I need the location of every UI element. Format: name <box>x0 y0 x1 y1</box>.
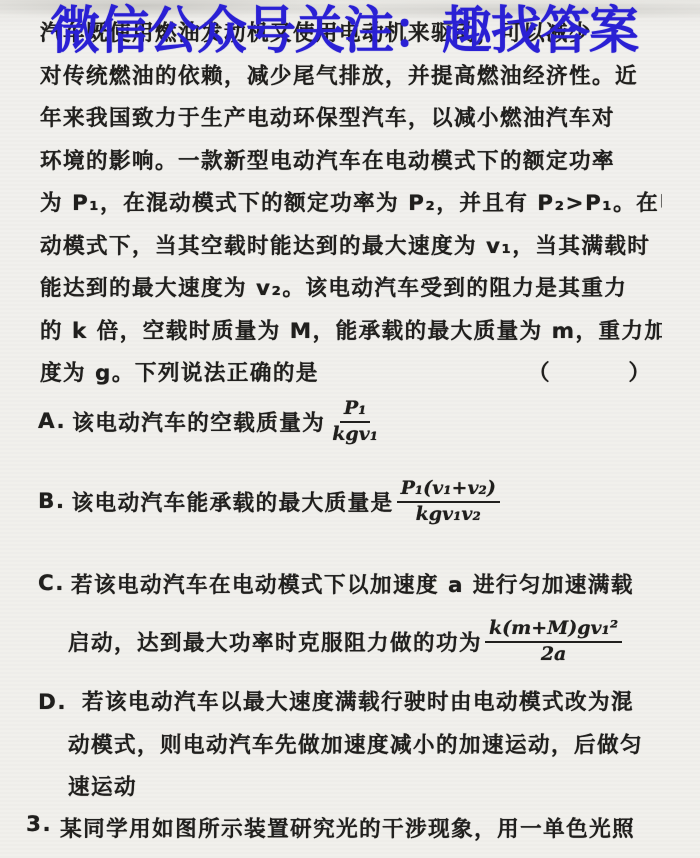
next-question-start: 3. 某同学用如图所示装置研究光的干涉现象，用一单色光照 <box>26 812 635 843</box>
exam-paper-page: 微信公众号关注：趣找答案 汽车既使用燃油发动机又使用电动机来驱动，可以减少 对传… <box>0 0 700 858</box>
paragraph-line: 动模式下，当其空载时能达到的最大速度为 v₁，当其满载时 <box>40 226 662 269</box>
paragraph-line: 为 P₁，在混动模式下的额定功率为 P₂，并且有 P₂>P₁。在电 <box>40 183 662 226</box>
paragraph-line: 度为 g。下列说法正确的是 <box>40 353 319 396</box>
paragraph-line: 年来我国致力于生产电动环保型汽车，以减小燃油汽车对 <box>40 98 662 141</box>
option-d-line2: 动模式，则电动汽车先做加速度减小的加速运动，后做匀 <box>68 725 643 768</box>
paragraph-line-with-brackets: 度为 g。下列说法正确的是 （ ） <box>40 353 662 396</box>
option-d-label: D. <box>38 690 67 715</box>
option-a-label: A. <box>38 409 66 434</box>
question-number: 3. <box>26 812 52 843</box>
paragraph-line: 的 k 倍，空载时质量为 M，能承载的最大质量为 m，重力加速 <box>40 311 662 354</box>
option-c-fraction: k(m+M)gv₁² 2a <box>485 618 622 666</box>
option-b: B. 该电动汽车能承载的最大质量是 P₁(v₁+v₂) kgv₁v₂ <box>38 478 500 526</box>
option-b-fraction: P₁(v₁+v₂) kgv₁v₂ <box>397 478 500 526</box>
option-c-line2: 启动，达到最大功率时克服阻力做的功为 <box>68 626 482 657</box>
option-c: C. 若该电动汽车在电动模式下以加速度 a 进行匀加速满载 启动，达到最大功率时… <box>38 562 634 666</box>
paragraph-line: 对传统燃油的依赖，减少尾气排放，并提高燃油经济性。近 <box>40 56 662 99</box>
answer-brackets: （ ） <box>528 353 662 396</box>
fraction-numerator: k(m+M)gv₁² <box>485 618 622 643</box>
option-b-text: 该电动汽车能承载的最大质量是 <box>72 486 394 517</box>
fraction-numerator: P₁(v₁+v₂) <box>397 478 500 503</box>
fraction-denominator: kgv₁ <box>328 423 382 446</box>
fraction-numerator: P₁ <box>340 398 371 423</box>
option-c-label: C. <box>38 571 65 596</box>
question-text: 某同学用如图所示装置研究光的干涉现象，用一单色光照 <box>60 812 635 843</box>
paragraph-line: 环境的影响。一款新型电动汽车在电动模式下的额定功率 <box>40 141 662 184</box>
fraction-denominator: kgv₁v₂ <box>412 503 485 526</box>
option-c-line1: 若该电动汽车在电动模式下以加速度 a 进行匀加速满载 <box>71 568 634 599</box>
wechat-watermark-text: 微信公众号关注：趣找答案 <box>50 4 658 60</box>
option-d: D. 若该电动汽车以最大速度满载行驶时由电动模式改为混 动模式，则电动汽车先做加… <box>38 682 643 810</box>
option-a-fraction: P₁ kgv₁ <box>328 398 382 446</box>
question-paragraph: 汽车既使用燃油发动机又使用电动机来驱动，可以减少 对传统燃油的依赖，减少尾气排放… <box>40 13 662 396</box>
option-a-text: 该电动汽车的空载质量为 <box>72 406 325 437</box>
option-d-line3: 速运动 <box>68 767 643 810</box>
option-a: A. 该电动汽车的空载质量为 P₁ kgv₁ <box>38 398 382 446</box>
option-b-label: B. <box>38 489 66 514</box>
paragraph-line: 能达到的最大速度为 v₂。该电动汽车受到的阻力是其重力 <box>40 268 662 311</box>
option-d-line1: 若该电动汽车以最大速度满载行驶时由电动模式改为混 <box>82 690 634 715</box>
fraction-denominator: 2a <box>537 643 571 666</box>
